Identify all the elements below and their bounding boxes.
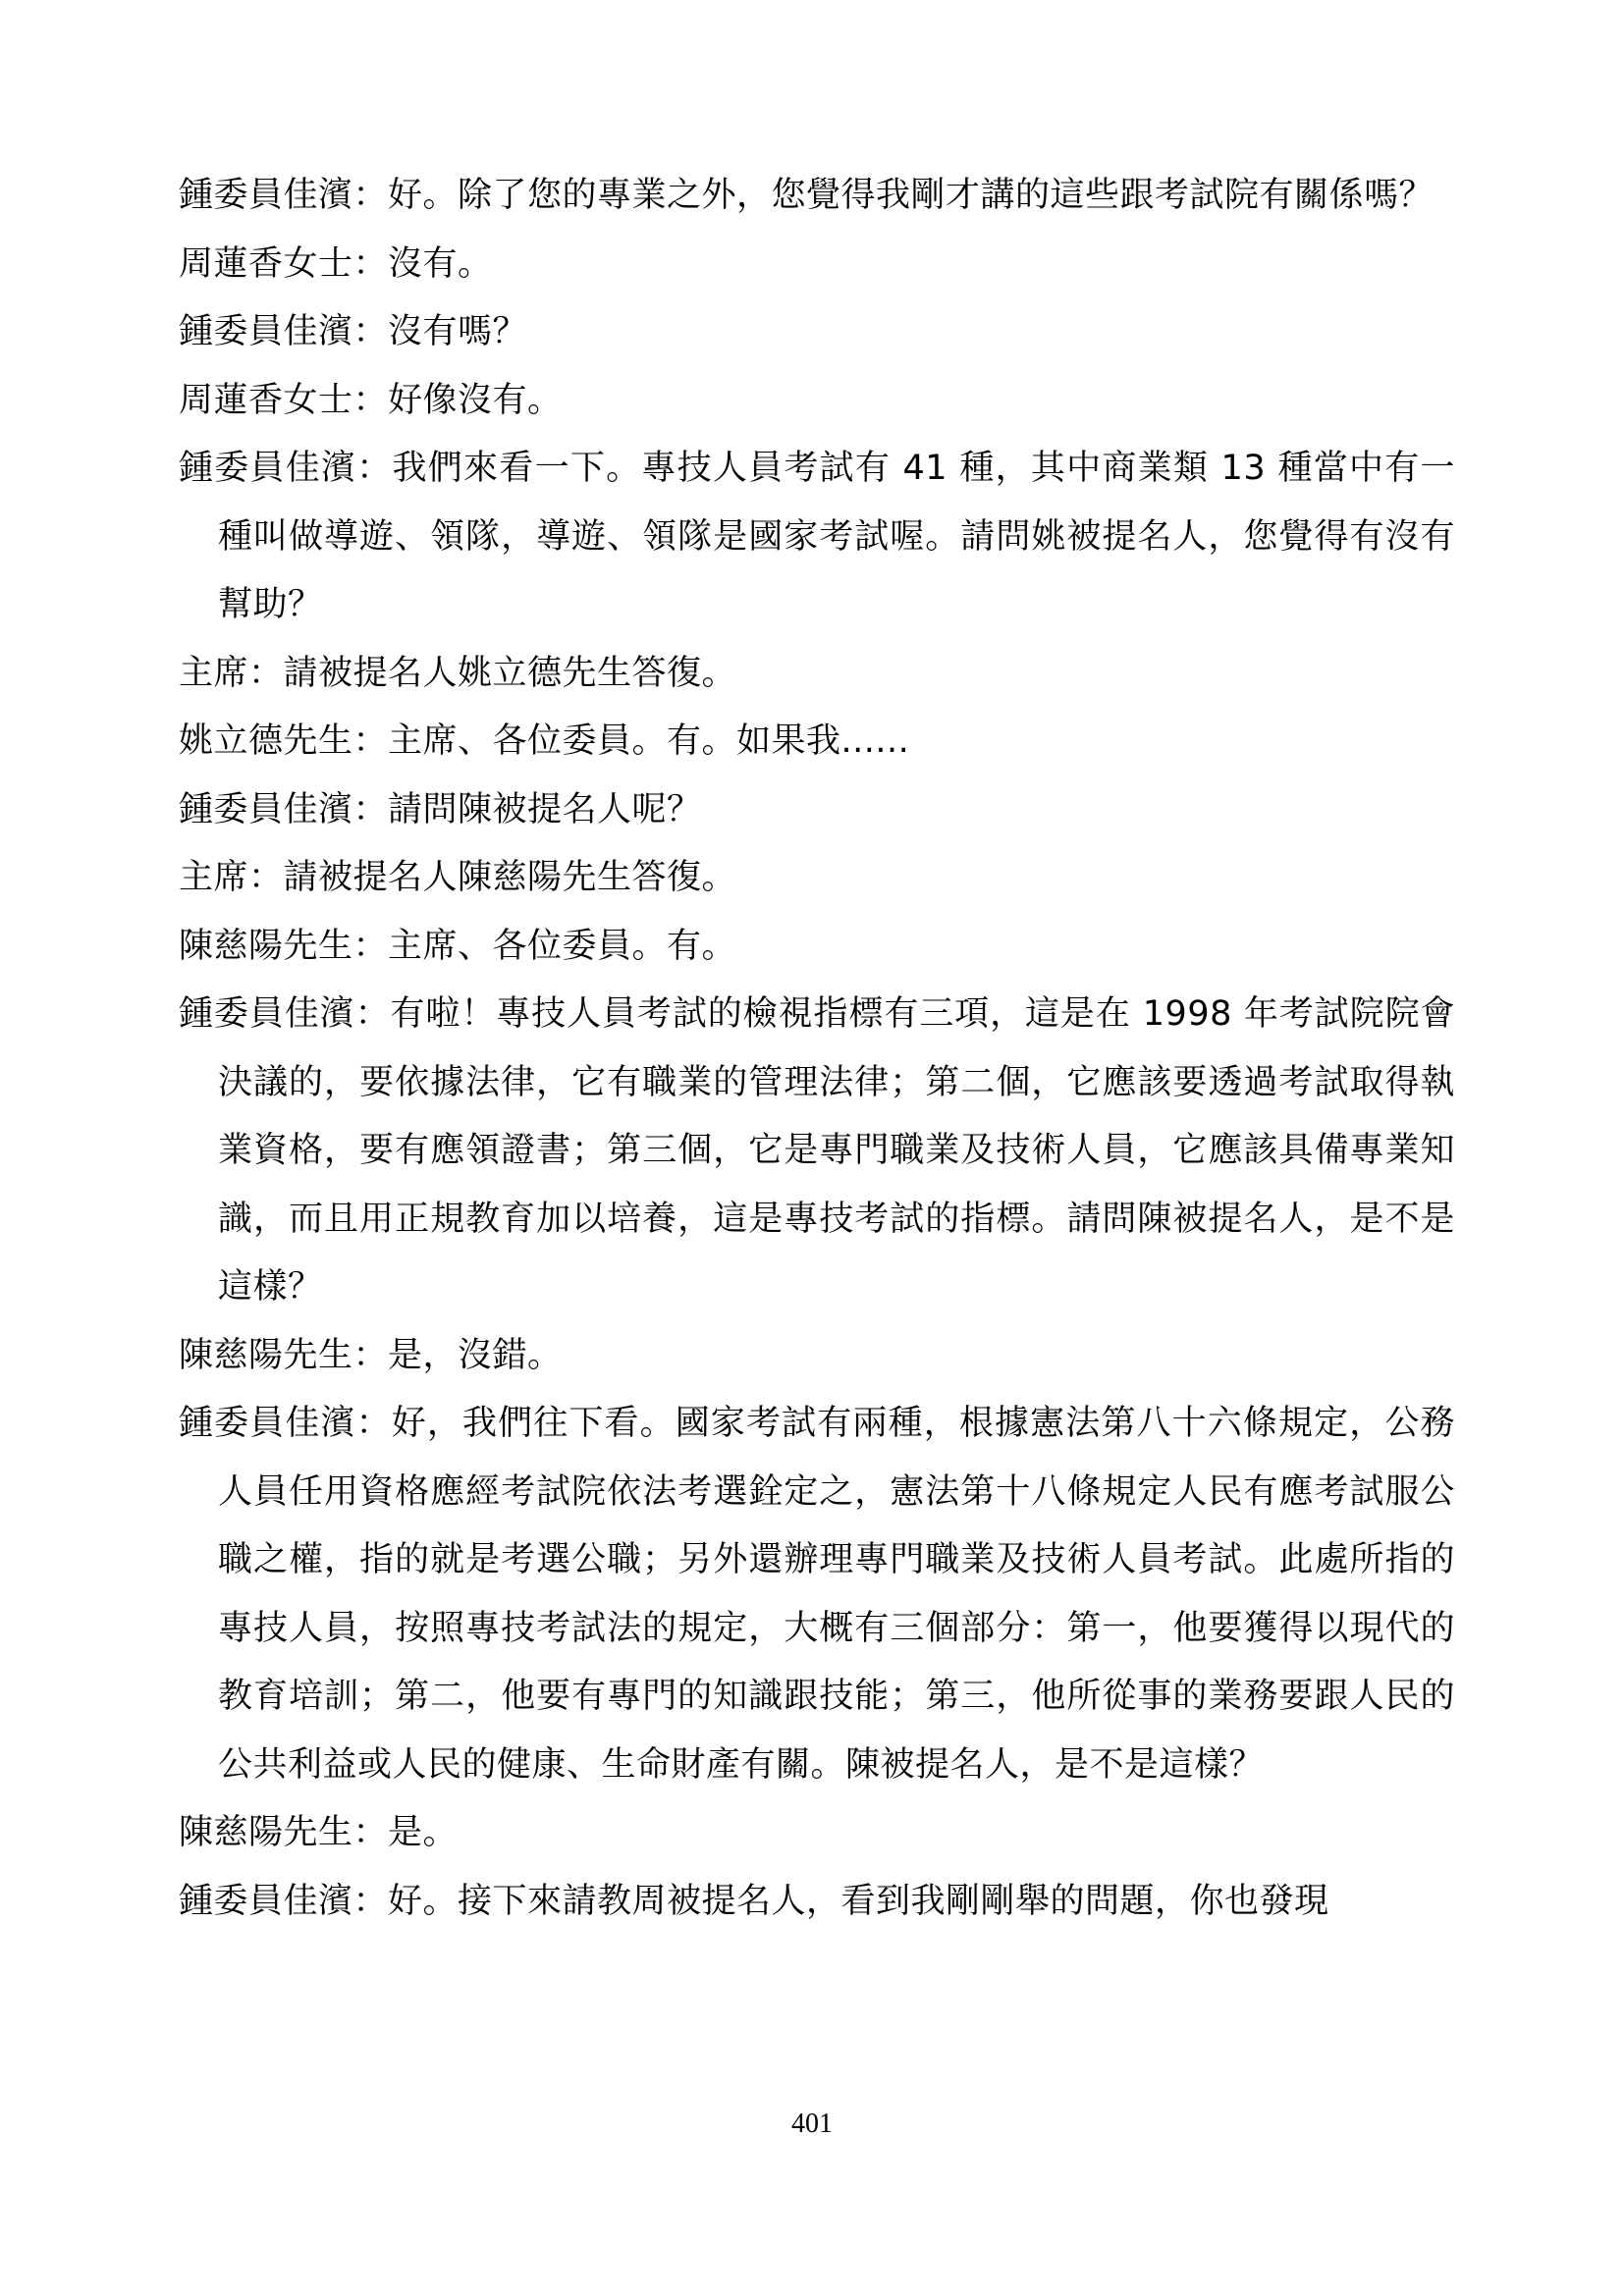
separator: ： bbox=[356, 1404, 392, 1443]
entry-text: 主席、各位委員。有。 bbox=[388, 927, 736, 966]
speaker-name: 鍾委員佳濱 bbox=[179, 1404, 356, 1443]
separator: ： bbox=[353, 1882, 389, 1921]
speaker-name: 陳慈陽先生 bbox=[179, 927, 353, 966]
separator: ： bbox=[353, 381, 389, 420]
entry-text: 請被提名人陳慈陽先生答復。 bbox=[284, 858, 737, 897]
speaker-name: 鍾委員佳濱 bbox=[179, 449, 356, 488]
speaker-name: 鍾委員佳濱 bbox=[179, 312, 353, 351]
transcript-entry: 鍾委員佳濱：我們來看一下。專技人員考試有 41 種，其中商業類 13 種當中有一… bbox=[179, 435, 1455, 640]
speaker-name: 陳慈陽先生 bbox=[179, 1813, 353, 1852]
transcript-entry: 陳慈陽先生：是。 bbox=[179, 1799, 1455, 1868]
separator: ： bbox=[353, 312, 389, 351]
transcript-entry: 鍾委員佳濱：沒有嗎？ bbox=[179, 298, 1455, 367]
transcript-entry: 姚立德先生：主席、各位委員。有。如果我...... bbox=[179, 708, 1455, 776]
transcript-entry: 主席：請被提名人姚立德先生答復。 bbox=[179, 640, 1455, 709]
entry-text: 好像沒有。 bbox=[388, 381, 563, 420]
entry-text: 請問陳被提名人呢？ bbox=[388, 790, 702, 829]
separator: ： bbox=[355, 994, 391, 1034]
speaker-name: 主席 bbox=[179, 858, 248, 897]
separator: ： bbox=[353, 927, 389, 966]
transcript-entry: 鍾委員佳濱：好。除了您的專業之外，您覺得我剛才講的這些跟考試院有關係嗎？ bbox=[179, 162, 1455, 231]
speaker-name: 姚立德先生 bbox=[179, 721, 353, 761]
entry-text: 是。 bbox=[388, 1813, 458, 1852]
speaker-name: 周蓮香女士 bbox=[179, 244, 353, 284]
transcript-entry: 陳慈陽先生：是，沒錯。 bbox=[179, 1322, 1455, 1391]
transcript-entry: 鍾委員佳濱：好。接下來請教周被提名人，看到我剛剛舉的問題，你也發現 bbox=[179, 1868, 1455, 1937]
transcript-entry: 周蓮香女士：沒有。 bbox=[179, 231, 1455, 299]
page-number: 401 bbox=[0, 2109, 1624, 2140]
entry-text: 是，沒錯。 bbox=[388, 1336, 563, 1375]
entry-text: 好，我們往下看。國家考試有兩種，根據憲法第八十六條規定，公務人員任用資格應經考試… bbox=[218, 1404, 1455, 1785]
speaker-name: 鍾委員佳濱 bbox=[179, 790, 353, 829]
entry-text: 好。接下來請教周被提名人，看到我剛剛舉的問題，你也發現 bbox=[388, 1882, 1329, 1921]
speaker-name: 鍾委員佳濱 bbox=[179, 176, 353, 215]
separator: ： bbox=[353, 176, 389, 215]
speaker-name: 周蓮香女士 bbox=[179, 381, 353, 420]
separator: ： bbox=[353, 1336, 389, 1375]
transcript-entry: 鍾委員佳濱：請問陳被提名人呢？ bbox=[179, 776, 1455, 845]
transcript-entry: 鍾委員佳濱：有啦！專技人員考試的檢視指標有三項，這是在 1998 年考試院院會決… bbox=[179, 981, 1455, 1322]
speaker-name: 主席 bbox=[179, 654, 248, 693]
entry-text: 主席、各位委員。有。如果我...... bbox=[388, 721, 909, 761]
separator: ： bbox=[353, 790, 389, 829]
entry-text: 沒有嗎？ bbox=[388, 312, 527, 351]
speaker-name: 鍾委員佳濱 bbox=[179, 1882, 353, 1921]
speaker-name: 陳慈陽先生 bbox=[179, 1336, 353, 1375]
transcript-entry: 陳慈陽先生：主席、各位委員。有。 bbox=[179, 913, 1455, 982]
entry-text: 請被提名人姚立德先生答復。 bbox=[284, 654, 737, 693]
entry-text: 沒有。 bbox=[388, 244, 493, 284]
speaker-name: 鍾委員佳濱 bbox=[179, 994, 355, 1034]
transcript-entry: 周蓮香女士：好像沒有。 bbox=[179, 367, 1455, 436]
entry-text: 好。除了您的專業之外，您覺得我剛才講的這些跟考試院有關係嗎？ bbox=[388, 176, 1434, 215]
separator: ： bbox=[353, 1813, 389, 1852]
transcript-entry: 主席：請被提名人陳慈陽先生答復。 bbox=[179, 844, 1455, 913]
separator: ： bbox=[356, 449, 392, 488]
transcript-body: 鍾委員佳濱：好。除了您的專業之外，您覺得我剛才講的這些跟考試院有關係嗎？ 周蓮香… bbox=[179, 162, 1455, 1936]
entry-text: 我們來看一下。專技人員考試有 41 種，其中商業類 13 種當中有一種叫做導遊、… bbox=[218, 449, 1455, 624]
transcript-entry: 鍾委員佳濱：好，我們往下看。國家考試有兩種，根據憲法第八十六條規定，公務人員任用… bbox=[179, 1390, 1455, 1799]
separator: ： bbox=[353, 244, 389, 284]
separator: ： bbox=[248, 858, 284, 897]
entry-text: 有啦！專技人員考試的檢視指標有三項，這是在 1998 年考試院院會決議的，要依據… bbox=[218, 994, 1455, 1307]
separator: ： bbox=[353, 721, 389, 761]
separator: ： bbox=[248, 654, 284, 693]
